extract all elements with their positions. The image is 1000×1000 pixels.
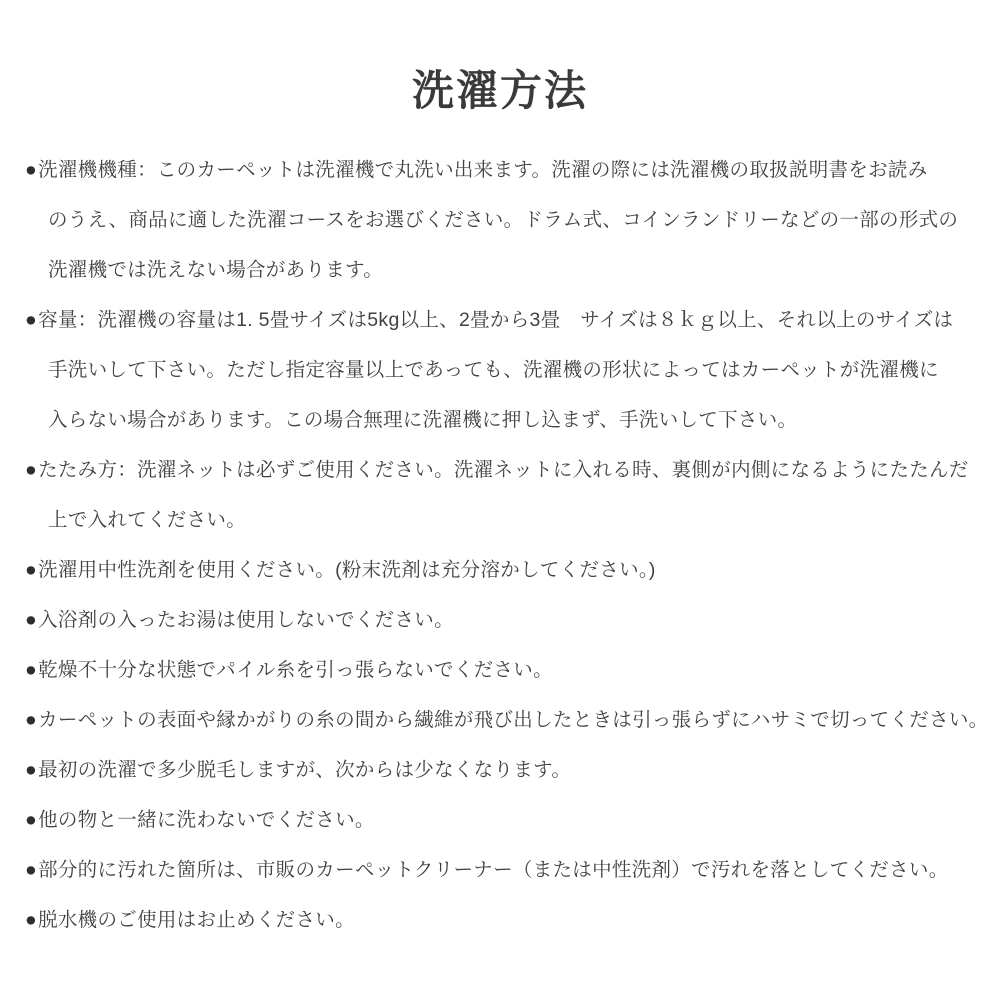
instruction-item-washer-type: ●洗濯機機種：このカーペットは洗濯機で丸洗い出来ます。洗濯の際には洗濯機の取扱説… [25, 145, 985, 295]
bullet-icon: ● [25, 795, 37, 845]
instruction-text: 洗濯機機種：このカーペットは洗濯機で丸洗い出来ます。洗濯の際には洗濯機の取扱説明… [38, 145, 927, 195]
instruction-text: 手洗いして下さい。ただし指定容量以上であっても、洗濯機の形状によってはカーペット… [25, 345, 985, 395]
instruction-text: 容量：洗濯機の容量は1. 5畳サイズは5kg以上、2畳から3畳 サイズは８ｋｇ以… [38, 295, 953, 345]
instruction-line: ●入浴剤の入ったお湯は使用しないでください。 [25, 595, 985, 645]
bullet-icon: ● [25, 845, 37, 895]
instruction-line: ●カーペットの表面や縁かがりの糸の間から繊維が飛び出したときは引っ張らずにハサミ… [25, 695, 985, 745]
instruction-text: たたみ方：洗濯ネットは必ずご使用ください。洗濯ネットに入れる時、裏側が内側になる… [38, 445, 969, 495]
instruction-line: ●たたみ方：洗濯ネットは必ずご使用ください。洗濯ネットに入れる時、裏側が内側にな… [25, 445, 985, 495]
care-instructions-page: 洗濯方法 ●洗濯機機種：このカーペットは洗濯機で丸洗い出来ます。洗濯の際には洗濯… [0, 0, 1000, 1000]
instruction-text: 洗濯用中性洗剤を使用ください。(粉末洗剤は充分溶かしてください。) [38, 545, 656, 595]
instruction-line: ●容量：洗濯機の容量は1. 5畳サイズは5kg以上、2畳から3畳 サイズは８ｋｇ… [25, 295, 985, 345]
instruction-line: ●乾燥不十分な状態でパイル糸を引っ張らないでください。 [25, 645, 985, 695]
bullet-icon: ● [25, 645, 37, 695]
bullet-icon: ● [25, 695, 37, 745]
instruction-text: 上で入れてください。 [25, 495, 985, 545]
bullet-icon: ● [25, 445, 37, 495]
instruction-line: ●脱水機のご使用はお止めください。 [25, 895, 985, 945]
bullet-icon: ● [25, 145, 37, 195]
instruction-text: 他の物と一緒に洗わないでください。 [38, 795, 375, 845]
instruction-line: ●最初の洗濯で多少脱毛しますが、次からは少なくなります。 [25, 745, 985, 795]
instruction-item-bath-water: ●入浴剤の入ったお湯は使用しないでください。 [25, 595, 985, 645]
instruction-text: 部分的に汚れた箇所は、市販のカーペットクリーナー（または中性洗剤）で汚れを落とし… [38, 845, 948, 895]
bullet-icon: ● [25, 545, 37, 595]
instruction-item-loose-fibers: ●カーペットの表面や縁かがりの糸の間から繊維が飛び出したときは引っ張らずにハサミ… [25, 695, 985, 745]
instruction-line: ●他の物と一緒に洗わないでください。 [25, 795, 985, 845]
instruction-item-detergent: ●洗濯用中性洗剤を使用ください。(粉末洗剤は充分溶かしてください。) [25, 545, 985, 595]
instruction-text: 最初の洗濯で多少脱毛しますが、次からは少なくなります。 [38, 745, 571, 795]
instruction-line: ●洗濯用中性洗剤を使用ください。(粉末洗剤は充分溶かしてください。) [25, 545, 985, 595]
instruction-text: 入らない場合があります。この場合無理に洗濯機に押し込まず、手洗いして下さい。 [25, 395, 985, 445]
page-title: 洗濯方法 [0, 0, 1000, 118]
instruction-item-pile-thread: ●乾燥不十分な状態でパイル糸を引っ張らないでください。 [25, 645, 985, 695]
instruction-text: のうえ、商品に適した洗濯コースをお選びください。ドラム式、コインランドリーなどの… [25, 195, 985, 245]
bullet-icon: ● [25, 595, 37, 645]
bullet-icon: ● [25, 895, 37, 945]
instruction-text: 乾燥不十分な状態でパイル糸を引っ張らないでください。 [38, 645, 553, 695]
instruction-item-wash-separately: ●他の物と一緒に洗わないでください。 [25, 795, 985, 845]
instruction-item-spin-dryer: ●脱水機のご使用はお止めください。 [25, 895, 985, 945]
instruction-text: カーペットの表面や縁かがりの糸の間から繊維が飛び出したときは引っ張らずにハサミで… [38, 695, 988, 745]
instruction-line: ●洗濯機機種：このカーペットは洗濯機で丸洗い出来ます。洗濯の際には洗濯機の取扱説… [25, 145, 985, 195]
instruction-item-capacity: ●容量：洗濯機の容量は1. 5畳サイズは5kg以上、2畳から3畳 サイズは８ｋｇ… [25, 295, 985, 445]
instruction-text: 入浴剤の入ったお湯は使用しないでください。 [38, 595, 454, 645]
instruction-item-spot-cleaning: ●部分的に汚れた箇所は、市販のカーペットクリーナー（または中性洗剤）で汚れを落と… [25, 845, 985, 895]
instruction-item-first-wash: ●最初の洗濯で多少脱毛しますが、次からは少なくなります。 [25, 745, 985, 795]
bullet-icon: ● [25, 745, 37, 795]
instruction-item-folding: ●たたみ方：洗濯ネットは必ずご使用ください。洗濯ネットに入れる時、裏側が内側にな… [25, 445, 985, 545]
instruction-list: ●洗濯機機種：このカーペットは洗濯機で丸洗い出来ます。洗濯の際には洗濯機の取扱説… [25, 145, 985, 945]
instruction-text: 洗濯機では洗えない場合があります。 [25, 245, 985, 295]
instruction-line: ●部分的に汚れた箇所は、市販のカーペットクリーナー（または中性洗剤）で汚れを落と… [25, 845, 985, 895]
bullet-icon: ● [25, 295, 37, 345]
instruction-text: 脱水機のご使用はお止めください。 [38, 895, 355, 945]
